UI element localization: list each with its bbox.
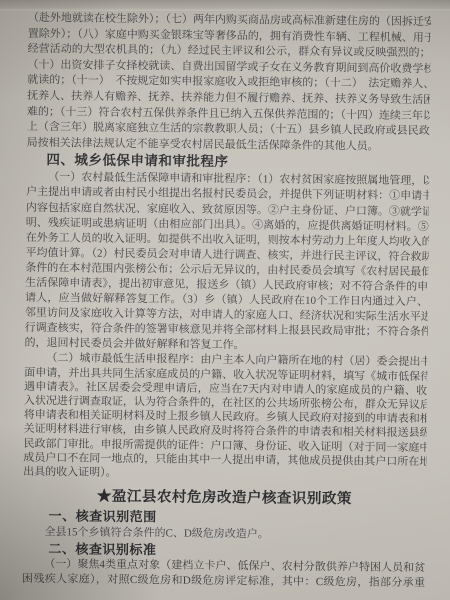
paragraph-urban-lowbao-procedure: （二）城市最低生活申报程序：由户主本人向户籍所在地的村（居）委会提出书面申请，并… [23,351,427,483]
continued-exclusion-list-paragraph: （赴外地就读在校生除外）；（七）两年内购买商品房或高标准新建住房的（因拆迁安置除… [27,11,431,156]
paragraph-rural-lowbao-procedure: （一）农村最低生活保障申请和审批程序：（1）农村贫困家庭按照属地管理，以户主提出… [24,170,429,355]
policy-title: ★盈江县农村危房改造户核查识别政策 [23,488,426,509]
document-photo: （赴外地就读在校生除外）；（七）两年内购买商品房或高标准新建住房的（因拆迁安置除… [0,0,450,600]
paper-sheet: （赴外地就读在校生除外）；（七）两年内购买商品房或高标准新建住房的（因拆迁安置除… [0,0,450,600]
policy-standard-paragraph: （一）聚焦4类重点对象（建档立卡户、低保户、农村分散供养户特困人员和贫困残疾人家… [22,557,425,591]
text-line: 困残疾人家庭），对照C级危房和D级危房评定标准，其中：C级危房，指部分承重 [22,572,425,591]
section-heading-application-procedure: 四、城乡低保申请和审批程序 [26,152,429,172]
